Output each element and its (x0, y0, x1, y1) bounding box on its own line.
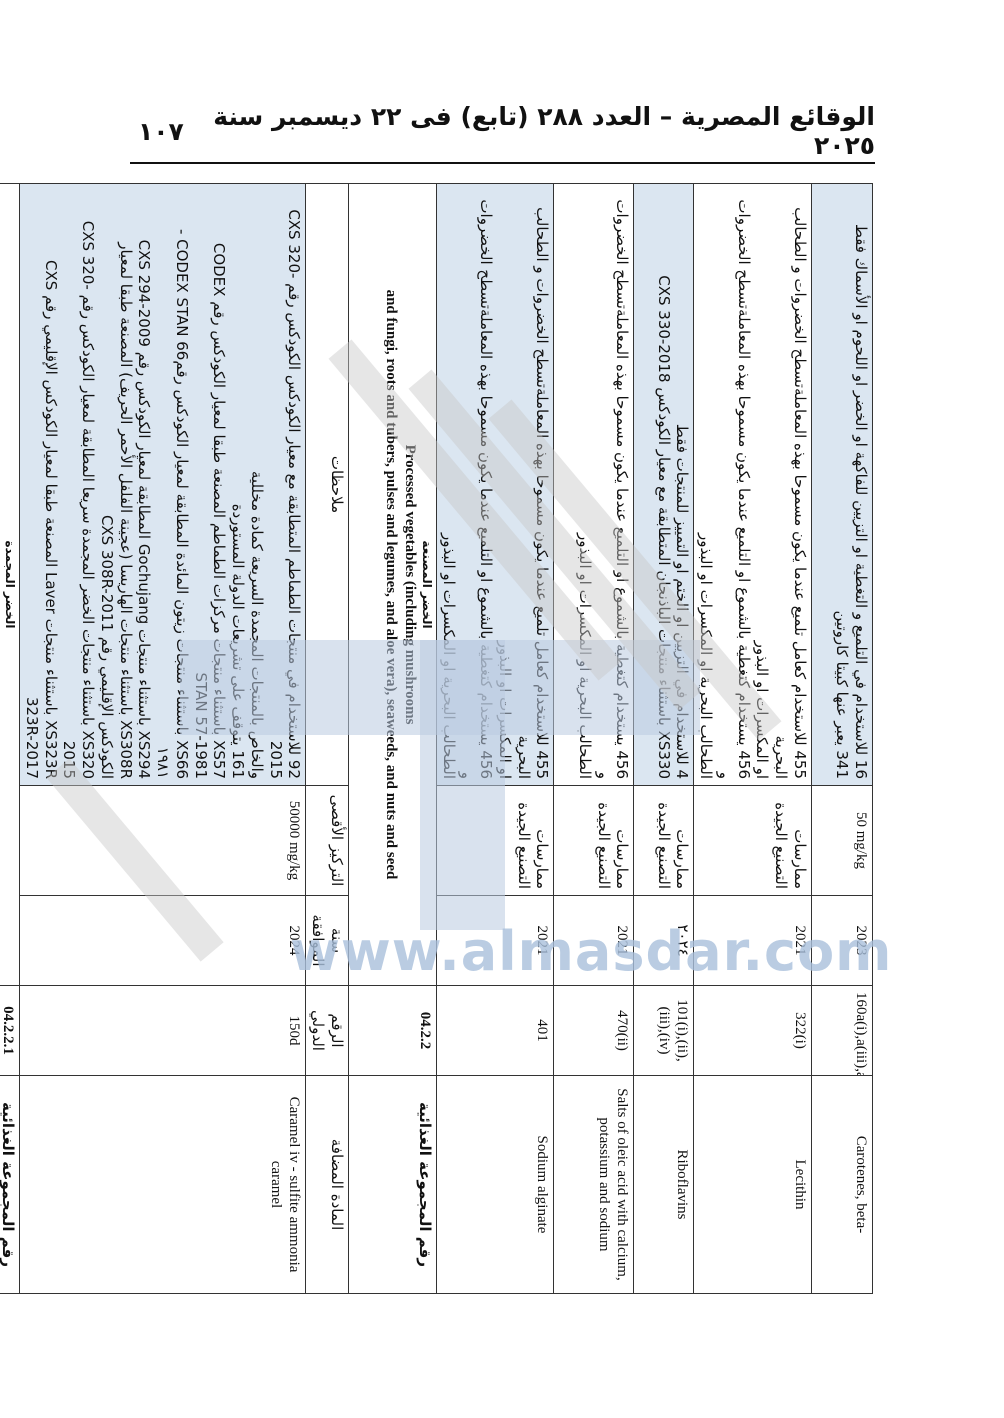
cell-name: Riboflavins (634, 1076, 694, 1294)
additives-table: 16 للاستخدام في التلميع و التغطية او الت… (0, 183, 873, 1294)
cell-name: Carotenes, beta- (812, 1076, 873, 1294)
group-title-ar: الخضر المجمدة (2, 190, 17, 979)
note-line: الطحالب البحرية او المكسرات او البذور (697, 190, 716, 779)
cell-notes: 455 للاستخدام كعامل تلميع عندما يكون مسم… (694, 184, 812, 786)
page-header: الوقائع المصرية – العدد ٢٨٨ (تابع) فى ٢٢… (130, 108, 875, 154)
note-line: XS57 باستثناء منتجات مركزات الطماطم المص… (210, 190, 229, 779)
note-line: او المكسرات او البذور (753, 190, 772, 779)
table-row: 4 للاستخدام في التزيين او الختم او التمي… (634, 184, 694, 1294)
group-title: الخضر المجمدة Frozen vegetables (includi… (0, 184, 20, 986)
note-line: 161 يتوقف على تشريعات الدولة المستوردة (229, 190, 248, 779)
cell-notes: 456 يستخدام كتغطية بالشموع او التلميع عن… (554, 184, 634, 786)
cell-max-level: 50000 mg/kg (20, 786, 306, 896)
group-code: 04.2.2 (349, 986, 437, 1076)
cell-name: Lecithin (694, 1076, 812, 1294)
table-row: 16 للاستخدام في التلميع و التغطية او الت… (812, 184, 873, 1294)
cell-max-level: ممارسات التصنيع الجيدة (437, 786, 555, 896)
gazette-title: الوقائع المصرية – العدد ٢٨٨ (تابع) فى ٢٢… (184, 102, 875, 160)
note-line: XS294 باستثناء منتجات Gochujang المطابقة… (135, 190, 154, 779)
cell-notes: 455 للاستخدام كعامل تلميع عندما يكون مسم… (437, 184, 555, 786)
group-label: رقم المجموعة الغذائية (349, 1076, 437, 1294)
group-title: الخضر المصنعة Processed vegetables (incl… (349, 184, 437, 986)
header-year: سنة الموافقة (306, 896, 349, 986)
cell-ins: 470(ii) (554, 986, 634, 1076)
note-line: الطحالب البحرية او المكسرات او البذور (439, 190, 458, 779)
note-line: XS320 باستثناء منتجات الخضر المجمدة سريع… (60, 190, 98, 779)
cell-ins: 322(i) (694, 986, 812, 1076)
note-line: 4 للاستخدام في التزيين او الختم او التمي… (673, 190, 692, 779)
note-line: 323R-2017 (22, 190, 41, 779)
header-notes: ملاحظات (306, 184, 349, 786)
note-line: 16 للاستخدام في التلميع و التغطية او الت… (851, 190, 870, 779)
note-line: XS330 باستثناء منتجات الباذنجان المتطابق… (654, 190, 673, 779)
cell-notes: 4 للاستخدام في التزيين او الختم او التمي… (634, 184, 694, 786)
note-line: 92 للاستخدام في منتجات الطماطم المتطابقة… (266, 190, 304, 779)
note-line: 456 يستخدام كتغطية بالشموع او التلميع عن… (715, 190, 753, 779)
additives-table-rotated: 16 للاستخدام في التلميع و التغطية او الت… (133, 183, 873, 1293)
note-line: ١٩٨١ (154, 190, 173, 779)
group-row-04-2-2: الخضر المصنعة Processed vegetables (incl… (349, 184, 437, 1294)
group-label: رقم المجموعة الغذائية (0, 1076, 20, 1294)
cell-max-level: ممارسات التصنيع الجيدة (694, 786, 812, 896)
table-row: 455 للاستخدام كعامل تلميع عندما يكون مسم… (437, 184, 555, 1294)
cell-year: 2021 (694, 896, 812, 986)
cell-year: 2023 (812, 896, 873, 986)
group-row-04-2-2-1: الخضر المجمدة Frozen vegetables (includi… (0, 184, 20, 1294)
note-line: XS66 باستثناء منتجات زيتون المائدة المطا… (172, 190, 191, 779)
note-line: 455 للاستخدام كعامل تلميع عندما يكون مسم… (772, 190, 810, 779)
note-line: STAN 57-1981 (191, 190, 210, 779)
note-line: XS323R باستثناء منتجات Laver المصنعة طبق… (41, 190, 60, 779)
column-header-row: ملاحظات التركيز الأقصى سنة الموافقة الرق… (306, 184, 349, 1294)
cell-year: 2021 (437, 896, 555, 986)
cell-max-level: ممارسات التصنيع الجيدة (554, 786, 634, 896)
note-line: او المكسرات او البذور (495, 190, 514, 779)
cell-notes: 16 للاستخدام في التلميع و التغطية او الت… (812, 184, 873, 786)
cell-year: 2021 (554, 896, 634, 986)
note-line: 456 يستخدام كتغطية بالشموع او التلميع عن… (594, 190, 632, 779)
cell-name: Sodium alginate (437, 1076, 555, 1294)
cell-max-level: 50 mg/kg (812, 786, 873, 896)
note-line: 341 يعبر عنها كبيتا كاروتين (833, 190, 852, 779)
cell-ins: 101(i),(ii),(iii),(iv) (634, 986, 694, 1076)
header-rule (130, 162, 875, 164)
cell-max-level: ممارسات التصنيع الجيدة (634, 786, 694, 896)
table-row: 455 للاستخدام كعامل تلميع عندما يكون مسم… (694, 184, 812, 1294)
note-line: XS308R باستثناء منتجات الهاريسا (عجينة ا… (116, 190, 135, 779)
table-row: 92 للاستخدام في منتجات الطماطم المتطابقة… (20, 184, 306, 1294)
group-title-ar: الخضر المصنعة (419, 190, 434, 979)
cell-notes: 92 للاستخدام في منتجات الطماطم المتطابقة… (20, 184, 306, 786)
page-number: ١٠٧ (138, 117, 184, 146)
cell-year: ٢٠٢٤ (634, 896, 694, 986)
note-line: 455 للاستخدام كعامل تلميع عندما يكون مسم… (514, 190, 552, 779)
group-title-en-1: Frozen vegetables (including mushrooms (0, 190, 2, 979)
cell-ins: 401 (437, 986, 555, 1076)
note-line: الطحالب البحرية او المكسرات او البذور (575, 190, 594, 779)
group-title-en-1: Processed vegetables (including mushroom… (400, 190, 419, 979)
cell-year: 2024 (20, 896, 306, 986)
note-line: 456 يستخدام كتغطية بالشموع او التلميع عن… (458, 190, 496, 779)
table-row: 456 يستخدام كتغطية بالشموع او التلميع عن… (554, 184, 634, 1294)
group-code: 04.2.2.1 (0, 986, 20, 1076)
note-line: والخاص بالمنتجات المجمدة السريعة كمادة م… (247, 190, 266, 779)
note-line: الكودكس الإقليمي رقم CXS 308R-2011 (97, 190, 116, 779)
cell-ins: 160a(i),a(iii),a(iv) (812, 986, 873, 1076)
cell-name: Caramel iv - sulfite ammonia caramel (20, 1076, 306, 1294)
group-title-en-2: and fungi, roots and tubers, pulses and … (382, 190, 401, 979)
header-name: المادة المضافة (306, 1076, 349, 1294)
cell-ins: 150d (20, 986, 306, 1076)
header-ins: الرقم الدولي (306, 986, 349, 1076)
cell-name: Salts of oleic acid with calcium, potass… (554, 1076, 634, 1294)
header-max-level: التركيز الأقصى (306, 786, 349, 896)
